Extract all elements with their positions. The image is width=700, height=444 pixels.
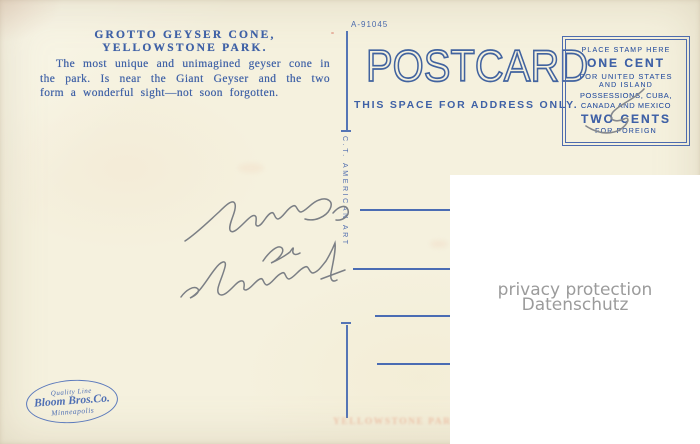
paper-blotch — [430, 240, 448, 248]
caption-title: GROTTO GEYSER CONE, YELLOWSTONE PARK. — [40, 29, 330, 54]
caption-body: The most unique and unimagined geyser co… — [40, 57, 330, 101]
divider-line-top — [346, 31, 348, 130]
paper-speck — [331, 32, 334, 34]
privacy-overlay: privacy protection Datenschutz — [450, 175, 700, 444]
divider-tick — [341, 322, 351, 324]
address-space-note: THIS SPACE FOR ADDRESS ONLY. — [354, 99, 578, 111]
stamp-line: FOR UNITED STATES — [580, 72, 673, 81]
caption-title-line2: YELLOWSTONE PARK. — [102, 42, 267, 54]
publisher-city: Minneapolis — [51, 405, 95, 417]
card-number: A-91045 — [351, 20, 388, 29]
postcard-title: POSTCARD — [366, 42, 566, 92]
paper-blotch — [238, 163, 264, 173]
caption-block: GROTTO GEYSER CONE, YELLOWSTONE PARK. Th… — [40, 29, 330, 101]
privacy-watermark: privacy protection Datenschutz — [450, 283, 700, 313]
publisher-logo: Quality Line Bloom Bros.Co. Minneapolis — [25, 377, 120, 426]
divider-tick — [341, 130, 351, 132]
stamp-line: PLACE STAMP HERE — [582, 47, 671, 54]
postcard-back-scan: { "description": { "title_line1": "GROTT… — [0, 0, 700, 444]
handwriting-inscription — [175, 193, 360, 315]
privacy-line-de: Datenschutz — [450, 298, 700, 313]
caption-title-line1: GROTTO GEYSER CONE, — [94, 29, 275, 41]
stamp-line: ONE CENT — [587, 56, 665, 70]
divider-line-bottom — [346, 325, 348, 418]
stamp-scribble — [580, 83, 670, 145]
